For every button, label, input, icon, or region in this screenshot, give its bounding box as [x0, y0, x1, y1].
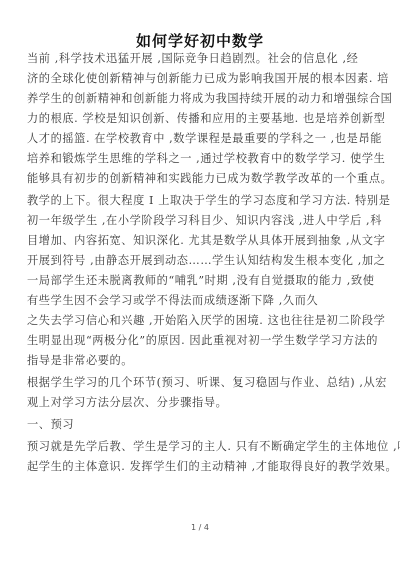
- body-line: 力的根底. 学校是知识创新、传播和应用的主要基地. 也是培养创新型: [27, 112, 377, 126]
- body-line: 观上对学习方法分层次、分步骤指导。: [27, 396, 377, 410]
- body-line: 一局部学生还未脱离教师的“哺乳”时期 ,没有自觉摄取的能力 ,致使: [27, 274, 377, 288]
- body-line: 人才的摇篮. 在学校教育中 ,数学课程是最重要的学科之一 ,也是昂能: [27, 132, 377, 146]
- body-line: 开展到符号 ,由静态开展到动态……学生认知结构发生根本变化 ,加之: [27, 254, 377, 268]
- page-number: 1 / 4: [0, 523, 400, 532]
- body-line: 养学生的创新精神和创新能力将成为我国持续开展的动力和增强综合国: [27, 92, 377, 106]
- body-line: 培养和锻炼学生思维的学科之一 ,通过学校教育中的数学学习. 使学生: [27, 152, 377, 166]
- body-line: 当前 ,科学技术迅猛开展 ,国际竞争日趋剧烈。社会的信息化 ,经: [27, 52, 377, 66]
- document-title: 如何学好初中数学: [0, 30, 400, 51]
- section-heading: 一、预习: [27, 418, 377, 432]
- body-line: 能够具有初步的创新精神和实践能力已成为数学教学改革的一个重点。: [27, 172, 377, 186]
- body-line: 教学的上下。很大程度 I 上取决于学生的学习态度和学习方法. 特别是: [27, 194, 377, 208]
- body-line: 初一年级学生 ,在小学阶段学习科目少、知识内容浅 ,进人中学后 ,科: [27, 214, 377, 228]
- body-line: 目增加、内容拓宽、知识深化. 尤其是数学从具体开展到抽象 ,从文字: [27, 234, 377, 248]
- body-line: 之失去学习信心和兴趣 ,开始陷入厌学的困境. 这也往往是初二阶段学: [27, 314, 377, 328]
- body-line: 有些学生因不会学习或学不得法而成绩逐渐下降 ,久而久: [27, 294, 377, 308]
- body-line: 生明显出现“两极分化”的原因. 因此重视对初一学生数学学习方法的: [27, 334, 377, 348]
- body-line: 起学生的主体意识. 发挥学生们的主动精神 ,才能取得良好的教学效果。: [27, 460, 377, 474]
- body-line: 济的全球化使创新精神与创新能力已成为影响我国开展的根本因素. 培: [27, 72, 377, 86]
- document-page: 如何学好初中数学 当前 ,科学技术迅猛开展 ,国际竞争日趋剧烈。社会的信息化 ,…: [0, 0, 400, 566]
- body-line: 根据学生学习的几个环节(预习、听课、复习稳固与作业、总结) ,从宏: [27, 376, 377, 390]
- body-line: 预习就是先学后教、学生是学习的主人. 只有不断确定学生的主体地位 ,唤: [27, 440, 377, 454]
- body-line: 指导是非常必要的。: [27, 354, 377, 368]
